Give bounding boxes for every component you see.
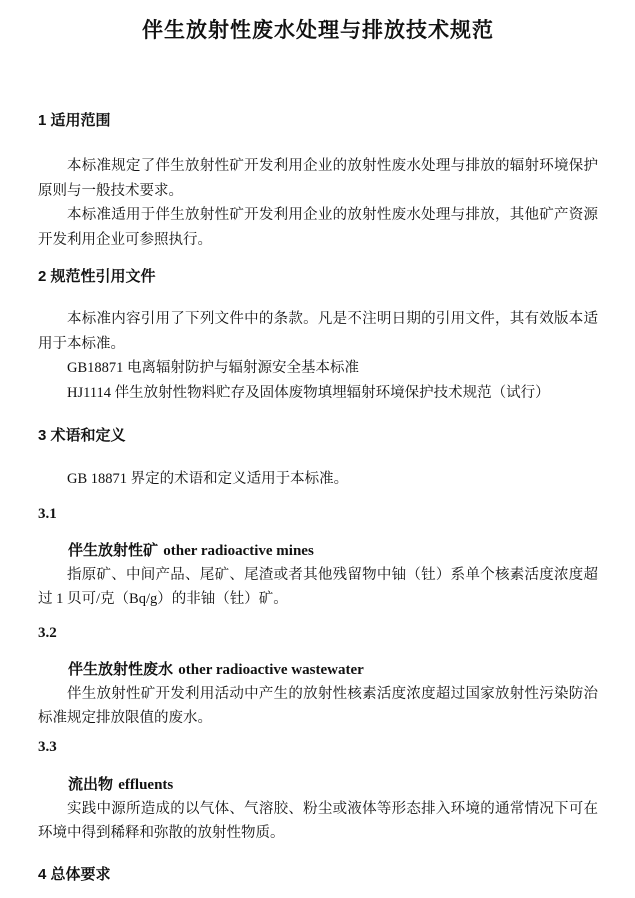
term-3-3-heading: 流出物effluents	[38, 773, 598, 797]
section-3-heading: 3 术语和定义	[38, 425, 598, 447]
term-3-2-definition: 伴生放射性矿开发利用活动中产生的放射性核素活度浓度超过国家放射性污染防治标准规定…	[38, 682, 598, 731]
term-3-3-definition: 实践中源所造成的以气体、气溶胶、粉尘或液体等形态排入环境的通常情况下可在环境中得…	[38, 797, 598, 846]
section-1-heading: 1 适用范围	[38, 110, 598, 132]
section-3-intro: GB 18871 界定的术语和定义适用于本标准。	[38, 467, 598, 492]
term-3-3-number: 3.3	[38, 737, 598, 757]
term-3-1-heading: 伴生放射性矿other radioactive mines	[38, 539, 598, 563]
term-3-2-name-zh: 伴生放射性废水	[68, 661, 173, 678]
term-3-2-name-en: other radioactive wastewater	[178, 662, 364, 678]
section-2-para-1: 本标准内容引用了下列文件中的条款。凡是不注明日期的引用文件，其有效版本适用于本标…	[38, 307, 598, 356]
section-4-heading: 4 总体要求	[38, 864, 598, 886]
document-page: 伴生放射性废水处理与排放技术规范 1 适用范围 本标准规定了伴生放射性矿开发利用…	[0, 0, 635, 898]
term-3-1-number: 3.1	[38, 504, 598, 524]
document-title: 伴生放射性废水处理与排放技术规范	[38, 16, 598, 46]
term-3-3-name-en: effluents	[118, 777, 173, 793]
term-3-1-definition: 指原矿、中间产品、尾矿、尾渣或者其他残留物中铀（钍）系单个核素活度浓度超过 1 …	[38, 563, 598, 612]
term-3-3-name-zh: 流出物	[68, 776, 113, 793]
section-1-para-2: 本标准适用于伴生放射性矿开发利用企业的放射性废水处理与排放，其他矿产资源开发利用…	[38, 203, 598, 252]
term-3-2-heading: 伴生放射性废水other radioactive wastewater	[38, 658, 598, 682]
section-1-para-1: 本标准规定了伴生放射性矿开发利用企业的放射性废水处理与排放的辐射环境保护原则与一…	[38, 154, 598, 203]
section-2-reference-hj1114: HJ1114 伴生放射性物料贮存及固体废物填埋辐射环境保护技术规范（试行）	[38, 381, 598, 406]
term-3-1-name-en: other radioactive mines	[163, 543, 314, 559]
term-3-1-name-zh: 伴生放射性矿	[68, 542, 158, 559]
term-3-2-number: 3.2	[38, 623, 598, 643]
section-2-heading: 2 规范性引用文件	[38, 266, 598, 288]
section-2-reference-gb18871: GB18871 电离辐射防护与辐射源安全基本标准	[38, 356, 598, 381]
